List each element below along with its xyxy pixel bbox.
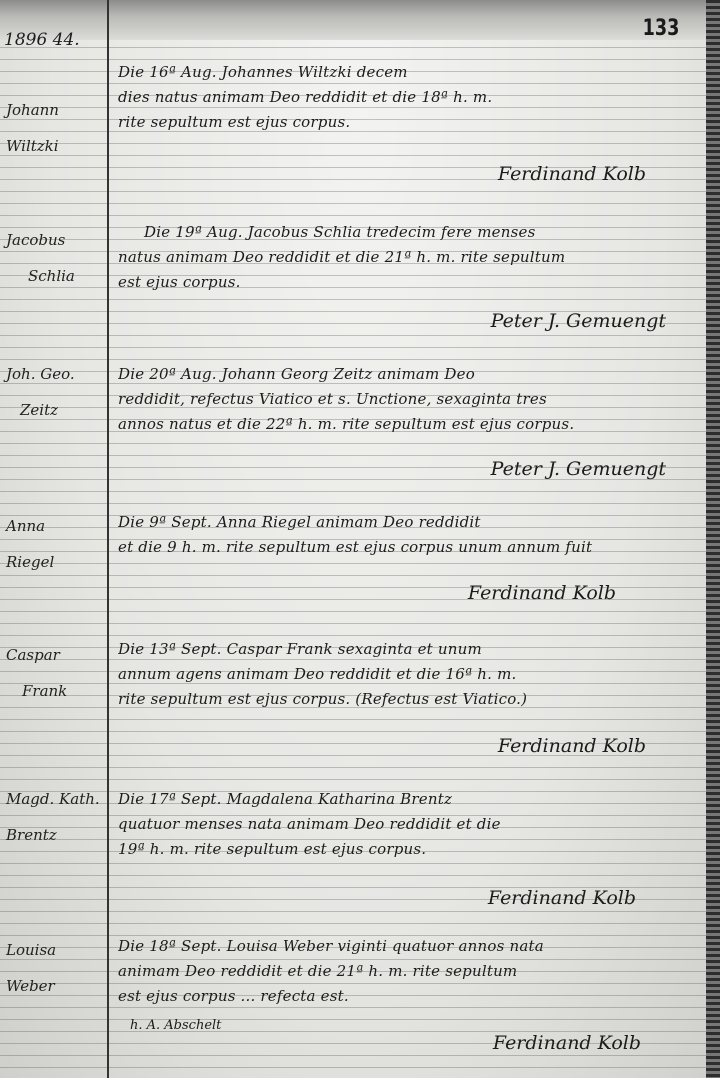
binding-edge <box>706 0 720 1078</box>
register-entry: Louisa Weber Die 18ª Sept. Louisa Weber … <box>0 910 706 1078</box>
entry-text: Die 18ª Sept. Louisa Weber viginti quatu… <box>118 934 688 1009</box>
priest-signature: Peter J. Gemuengt <box>491 310 666 332</box>
entry-text: Die 17ª Sept. Magdalena Katharina Brentz… <box>118 787 688 862</box>
register-entry: Caspar Frank Die 13ª Sept. Caspar Frank … <box>0 625 706 775</box>
entry-margin-name: Johann Wiltzki <box>6 92 104 164</box>
entry-margin-name: Magd. Kath. Brentz <box>6 781 104 853</box>
entry-text: Die 16ª Aug. Johannes Wiltzki decem dies… <box>118 60 688 135</box>
entry-margin-name: Anna Riegel <box>6 508 104 580</box>
entry-text: Die 13ª Sept. Caspar Frank sexaginta et … <box>118 637 688 712</box>
entry-margin-name: Louisa Weber <box>6 932 104 1004</box>
entry-margin-name: Joh. Geo. Zeitz <box>6 356 104 428</box>
entry-margin-name: Caspar Frank <box>6 637 104 709</box>
priest-signature: Ferdinand Kolb <box>488 887 636 909</box>
register-entry: Anna Riegel Die 9ª Sept. Anna Riegel ani… <box>0 500 706 625</box>
register-entry: Johann Wiltzki Die 16ª Aug. Johannes Wil… <box>0 0 706 200</box>
entry-annotation: h. A. Abschelt <box>130 1018 221 1033</box>
entry-text: Die 9ª Sept. Anna Riegel animam Deo redd… <box>118 510 688 560</box>
priest-signature: Ferdinand Kolb <box>498 163 646 185</box>
priest-signature: Ferdinand Kolb <box>498 735 646 757</box>
entry-margin-name: Jacobus Schlia <box>6 222 104 294</box>
entry-text: Die 20ª Aug. Johann Georg Zeitz animam D… <box>118 362 688 437</box>
priest-signature: Ferdinand Kolb <box>468 582 616 604</box>
register-entry: Magd. Kath. Brentz Die 17ª Sept. Magdale… <box>0 775 706 910</box>
priest-signature: Ferdinand Kolb <box>493 1032 641 1054</box>
register-entry: Joh. Geo. Zeitz Die 20ª Aug. Johann Geor… <box>0 340 706 500</box>
register-entry: Jacobus Schlia Die 19ª Aug. Jacobus Schl… <box>0 200 706 340</box>
register-page: 133 1896 44. Johann Wiltzki Die 16ª Aug.… <box>0 0 720 1078</box>
entry-text: Die 19ª Aug. Jacobus Schlia tredecim fer… <box>118 220 688 295</box>
priest-signature: Peter J. Gemuengt <box>491 458 666 480</box>
